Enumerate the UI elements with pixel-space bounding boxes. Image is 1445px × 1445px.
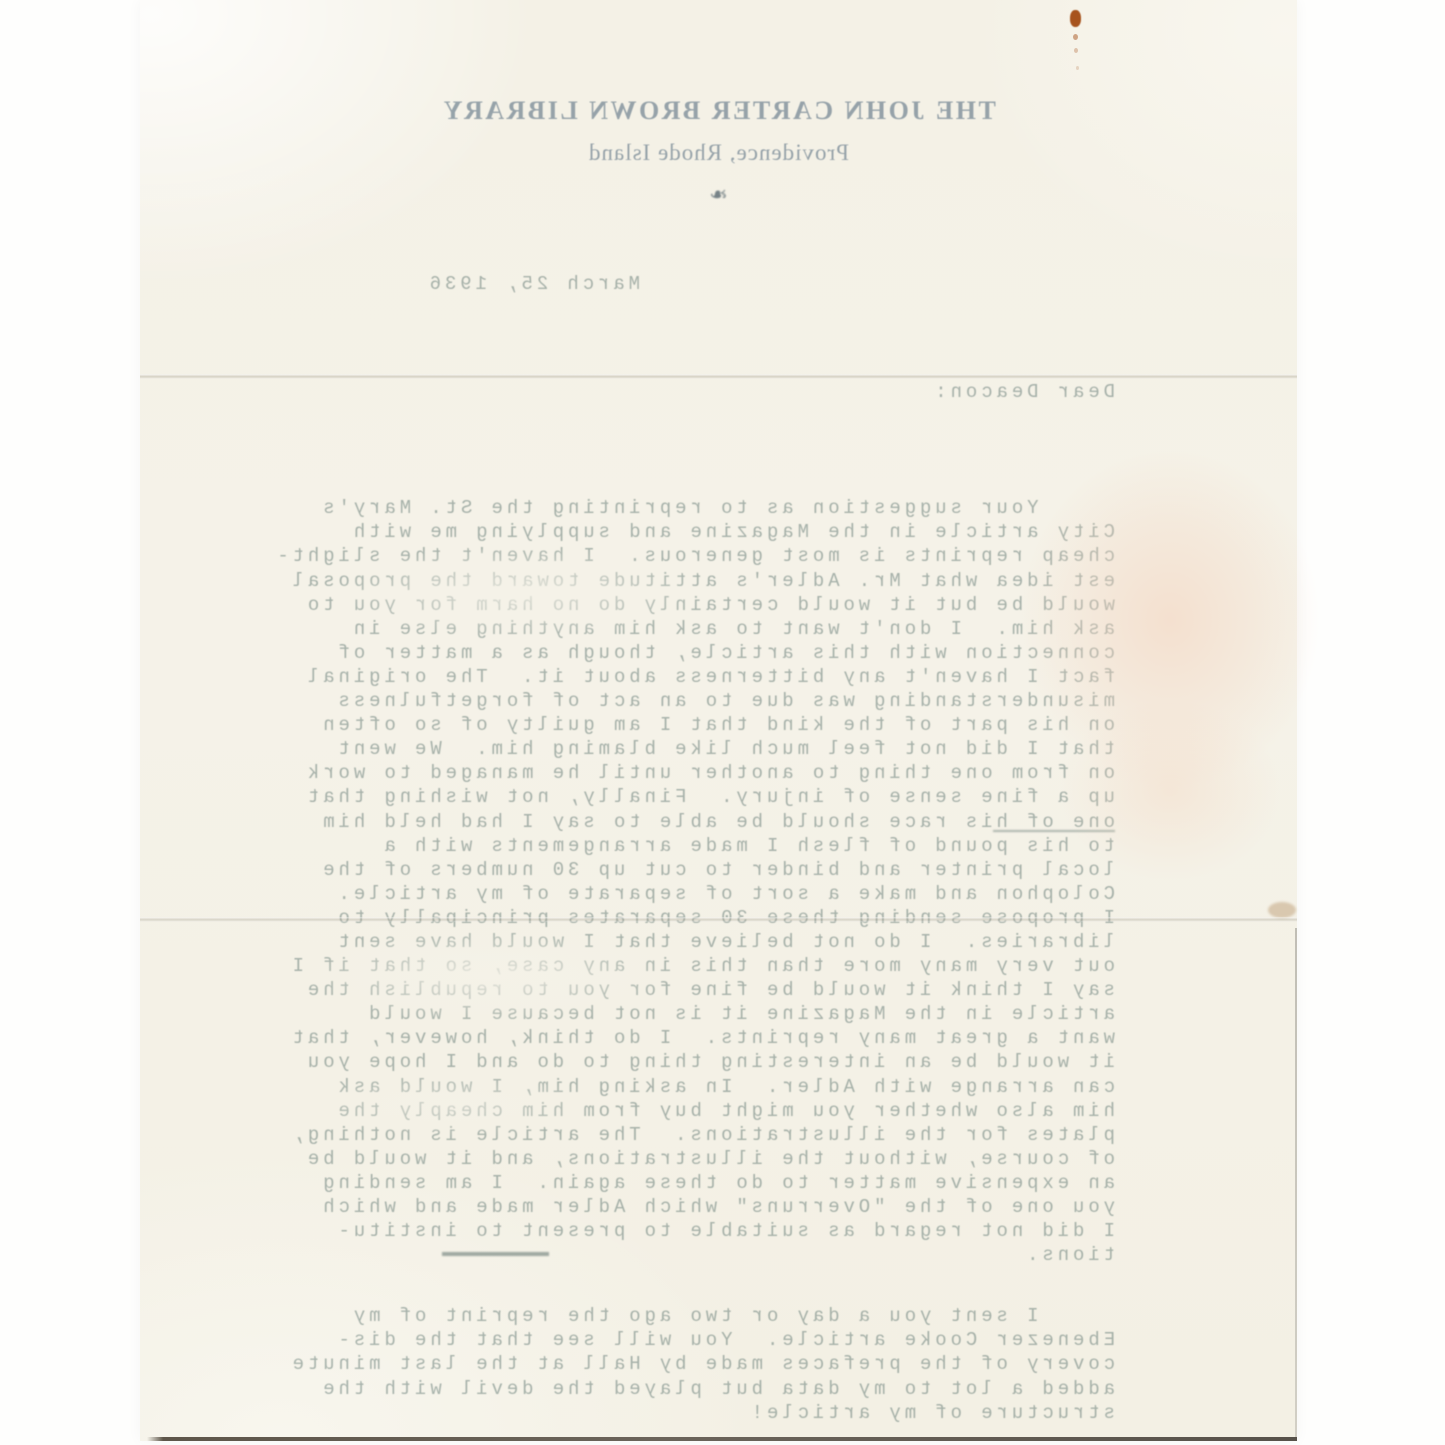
scanned-letter-page: THE JOHN CARTER BROWN LIBRARY Providence… [0,0,1445,1445]
typed-line: it would be an interesting thing to do a… [269,1050,1115,1074]
typed-line: plates for the illustrations. The articl… [269,1123,1115,1147]
typed-line: ask him. I don't want to ask him anythin… [269,617,1115,641]
rust-dot [1076,66,1079,70]
letter-paper: THE JOHN CARTER BROWN LIBRARY Providence… [140,0,1297,1441]
printer-ornament-icon: ❧ [140,182,1297,208]
rust-dot [1074,48,1078,53]
typed-line: libraries. I do not believe that I would… [269,930,1115,954]
underline-reprint [442,1252,549,1256]
typed-line: him also whether you might buy from him … [269,1099,1115,1123]
typed-line: misunderstanding was due to an act of fo… [269,689,1115,713]
paper-right-edge [1295,928,1297,1441]
typed-line: Colophon and make a sort of separate of … [269,882,1115,906]
typed-line: est idea what Mr. Adler's attitude towar… [269,569,1115,593]
typed-line: article in the Magazine it is not becaus… [269,1002,1115,1026]
underline-colophon [993,830,1115,832]
typed-line: cheap reprints is most generous. I haven… [269,544,1115,568]
letter-paragraph-2: I sent you a day or two ago the reprint … [269,1232,1115,1425]
rust-spot [1070,10,1081,27]
typed-line: on from one thing to another until he ma… [269,761,1115,785]
typed-line: that I did not feel much like blaming hi… [269,737,1115,761]
typed-line: one of his race should be able to say I … [269,810,1115,834]
typed-line: can arrange with Adler. In asking him, I… [269,1075,1115,1099]
typed-line: up a fine sense of injury. Finally, not … [269,785,1115,809]
letterhead-institution-name: THE JOHN CARTER BROWN LIBRARY [140,96,1297,126]
letter-paragraph-1: Your suggestion as to reprinting the St.… [269,424,1115,1267]
mirrored-bleedthrough-content: THE JOHN CARTER BROWN LIBRARY Providence… [140,0,1297,1441]
typed-line: an expensive matter to do these again. I… [269,1171,1115,1195]
typed-line: local printer and binder to cut up 30 nu… [269,858,1115,882]
typed-line: added a lot to my data but played the de… [269,1377,1115,1401]
typed-line: say I think it would be fine for you to … [269,978,1115,1002]
typed-line: City article in the Magazine and supplyi… [269,520,1115,544]
typed-line: fact I haven't any bitterness about it. … [269,665,1115,689]
fold-crease-upper [140,374,1297,379]
typed-line: you one of the "Overruns" which Adler ma… [269,1195,1115,1219]
typed-line: structure of my article! [269,1401,1115,1425]
letterhead-location: Providence, Rhode Island [140,140,1297,166]
typed-line: covery of the prefaces made by Hall at t… [269,1352,1115,1376]
typed-line: Ebenezer Cooke article. You will see tha… [269,1328,1115,1352]
fold-crease-lower [140,917,1297,922]
typed-line: Your suggestion as to reprinting the St.… [269,496,1115,520]
typed-line: want a great many reprints. I do think, … [269,1026,1115,1050]
rust-dot [1073,34,1078,40]
typed-line: out very many more than this in any case… [269,954,1115,978]
edge-stain [1268,902,1296,918]
typed-line: would be but it would certainly do no ha… [269,593,1115,617]
paper-bottom-edge [140,1437,1297,1441]
typed-line: on his part of the kind that I am guilty… [269,713,1115,737]
typed-line: of course, without the illustrations, an… [269,1147,1115,1171]
typed-line: I sent you a day or two ago the reprint … [269,1304,1115,1328]
typed-line: connection with this article, though as … [269,641,1115,665]
salutation: Dear Deacon: [931,380,1115,404]
typed-line: to his pound of flesh I made arrangement… [269,834,1115,858]
letterhead: THE JOHN CARTER BROWN LIBRARY Providence… [140,96,1297,208]
letter-date: March 25, 1936 [426,272,640,296]
